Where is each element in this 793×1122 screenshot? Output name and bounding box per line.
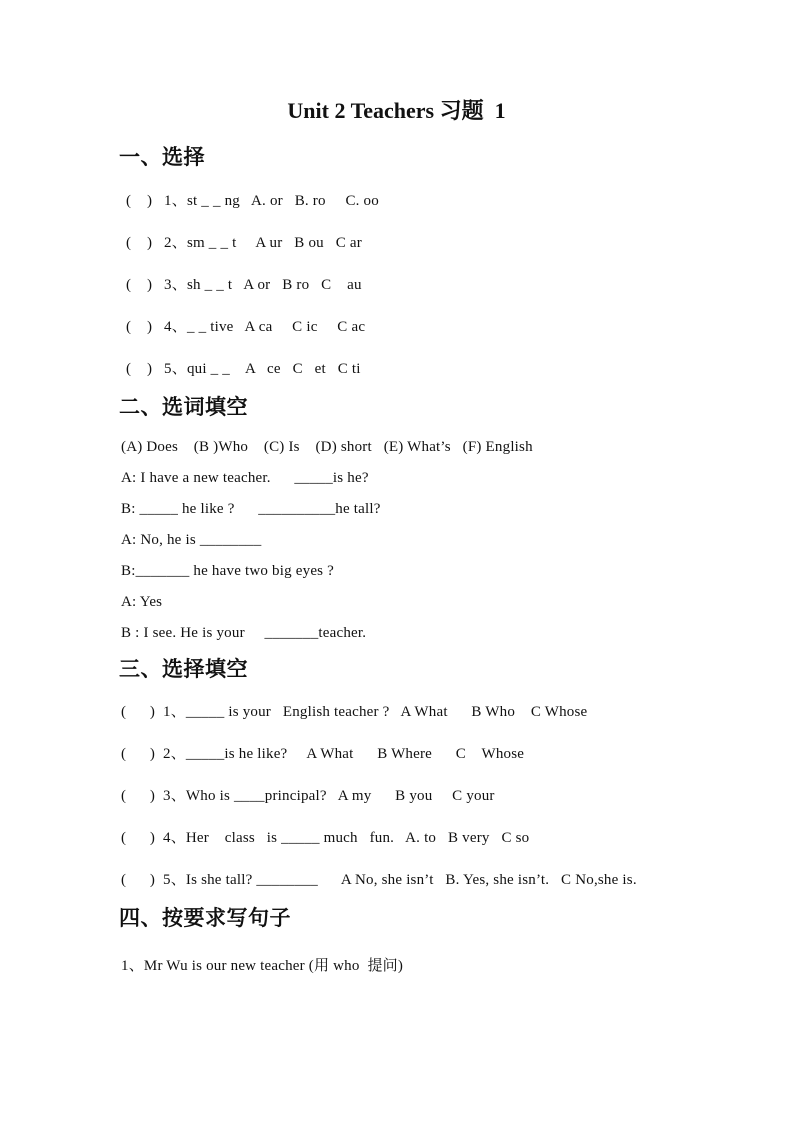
worksheet-page: Unit 2 Teachers 习题 1 一、选择 ( ) 1、st _ _ n… xyxy=(0,0,793,1122)
section-4-heading: 四、按要求写句子 xyxy=(119,906,793,932)
section-4-question-1: 1、Mr Wu is our new teacher (用 who 提问) xyxy=(121,956,793,976)
section-2-dialog-line-2: B: _____ he like ? __________he tall? xyxy=(121,499,793,519)
section-1-question-5: ( ) 5、qui _ _ A ce C et C ti xyxy=(126,359,793,379)
section-3-question-5: ( ) 5、Is she tall? ________ A No, she is… xyxy=(121,870,793,890)
section-2-dialog-line-6: B : I see. He is your _______teacher. xyxy=(121,623,793,643)
section-1-question-4: ( ) 4、_ _ tive A ca C ic C ac xyxy=(126,317,793,337)
section-1-question-2: ( ) 2、sm _ _ t A ur B ou C ar xyxy=(126,233,793,253)
section-2-heading: 二、选词填空 xyxy=(119,395,793,421)
section-1-question-1: ( ) 1、st _ _ ng A. or B. ro C. oo xyxy=(126,191,793,211)
section-2-dialog-line-5: A: Yes xyxy=(121,592,793,612)
section-2-dialog-line-3: A: No, he is ________ xyxy=(121,530,793,550)
page-title: Unit 2 Teachers 习题 1 xyxy=(0,0,793,125)
section-2-word-bank: (A) Does (B )Who (C) Is (D) short (E) Wh… xyxy=(121,437,793,457)
section-2-dialog-line-4: B:_______ he have two big eyes ? xyxy=(121,561,793,581)
section-3-question-2: ( ) 2、_____is he like? A What B Where C … xyxy=(121,744,793,764)
section-2-dialog-line-1: A: I have a new teacher. _____is he? xyxy=(121,468,793,488)
section-3-heading: 三、选择填空 xyxy=(119,657,793,683)
section-3-question-4: ( ) 4、Her class is _____ much fun. A. to… xyxy=(121,828,793,848)
section-3-question-3: ( ) 3、Who is ____principal? A my B you C… xyxy=(121,786,793,806)
section-1-question-3: ( ) 3、sh _ _ t A or B ro C au xyxy=(126,275,793,295)
section-3-question-1: ( ) 1、_____ is your English teacher ? A … xyxy=(121,702,793,722)
section-1-heading: 一、选择 xyxy=(119,145,793,171)
